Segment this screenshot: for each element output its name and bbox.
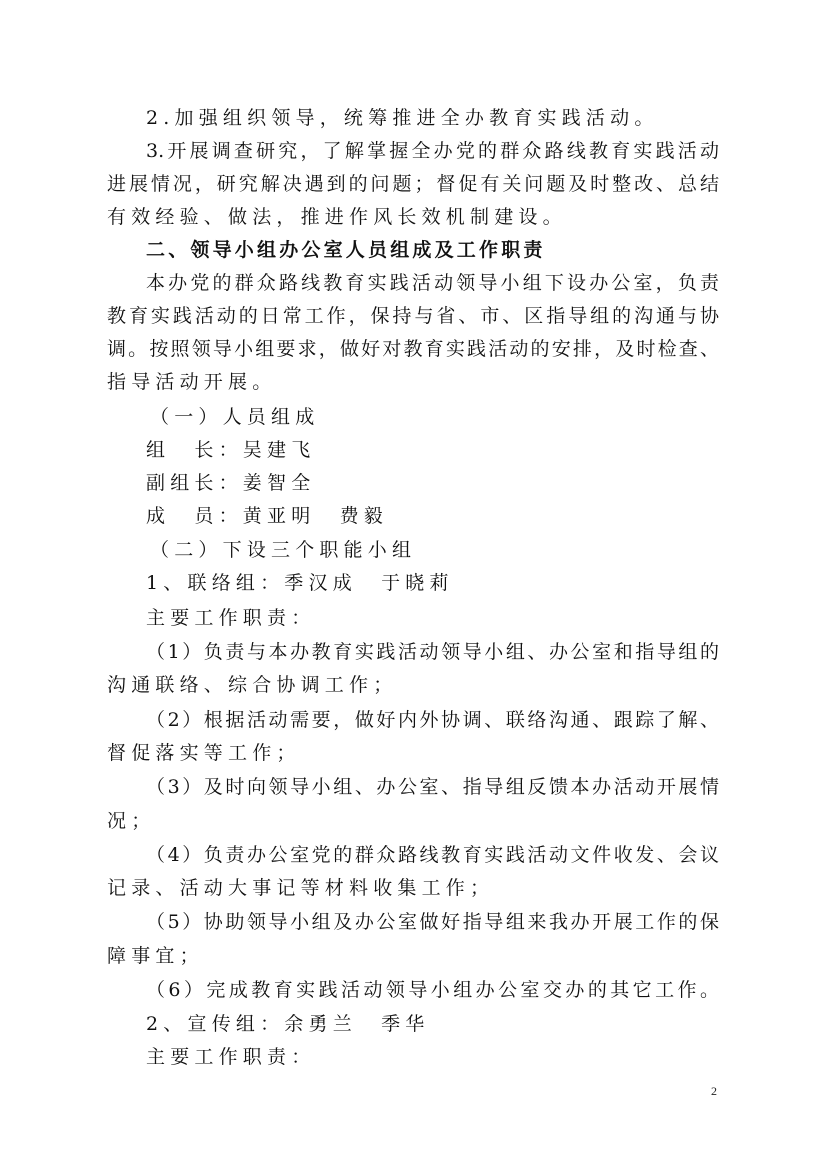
text-line: 障事宜；: [107, 940, 719, 973]
text-line: （2）根据活动需要，做好内外协调、联络沟通、跟踪了解、: [146, 704, 719, 737]
text-line: 沟通联络、综合协调工作；: [107, 669, 719, 702]
subsection-heading: （二）下设三个职能小组: [150, 534, 719, 567]
duties-label: 主要工作职责：: [146, 602, 719, 635]
text-line: 进展情况，研究解决遇到的问题；督促有关问题及时整改、总结: [107, 168, 719, 201]
member-line: 组 长：吴建飞: [146, 434, 719, 467]
member-line: 副组长：姜智全: [146, 467, 719, 500]
section-heading: 二、领导小组办公室人员组成及工作职责: [146, 234, 719, 267]
member-line: 成 员：黄亚明 费毅: [146, 500, 719, 533]
text-line: 教育实践活动的日常工作，保持与省、市、区指导组的沟通与协: [107, 300, 719, 333]
group-line: 2、宣传组：余勇兰 季华: [146, 1008, 719, 1041]
text-line: （5）协助领导小组及办公室做好指导组来我办开展工作的保: [146, 906, 719, 939]
text-line: 况；: [107, 805, 719, 838]
text-line: 指导活动开展。: [107, 366, 719, 399]
text-line: 有效经验、做法，推进作风长效机制建设。: [107, 201, 719, 234]
text-line: （3）及时向领导小组、办公室、指导组反馈本办活动开展情: [146, 771, 719, 804]
text-line: 本办党的群众路线教育实践活动领导小组下设办公室，负责: [146, 267, 719, 300]
text-line: 2.加强组织领导，统筹推进全办教育实践活动。: [146, 102, 719, 135]
text-line: 3.开展调查研究，了解掌握全办党的群众路线教育实践活动: [146, 135, 719, 168]
document-page: 2.加强组织领导，统筹推进全办教育实践活动。 3.开展调查研究，了解掌握全办党的…: [0, 0, 826, 1169]
duties-label: 主要工作职责：: [146, 1041, 719, 1074]
text-line: （4）负责办公室党的群众路线教育实践活动文件收发、会议: [146, 839, 719, 872]
text-line: （6）完成教育实践活动领导小组办公室交办的其它工作。: [146, 974, 719, 1007]
subsection-heading: （一）人员组成: [150, 401, 719, 434]
page-number: 2: [711, 1084, 717, 1099]
text-line: （1）负责与本办教育实践活动领导小组、办公室和指导组的: [146, 636, 719, 669]
group-line: 1、联络组：季汉成 于晓莉: [146, 567, 719, 600]
text-line: 调。按照领导小组要求，做好对教育实践活动的安排，及时检查、: [107, 333, 719, 366]
text-line: 记录、活动大事记等材料收集工作；: [107, 872, 719, 905]
text-line: 督促落实等工作；: [107, 737, 719, 770]
